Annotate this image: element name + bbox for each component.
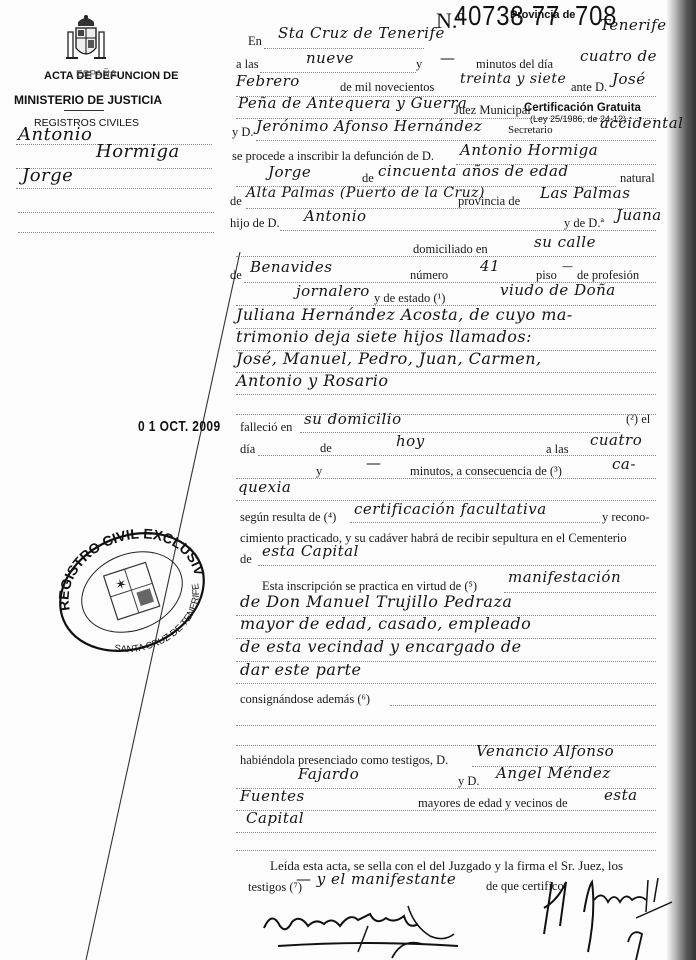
signature-right <box>536 872 676 960</box>
rule <box>236 832 656 833</box>
label-a-las: a las <box>236 57 259 72</box>
rule <box>258 455 656 456</box>
rule <box>350 522 600 523</box>
value-natural: Alta Palmas (Puerto de la Cruz) <box>246 185 485 201</box>
rule <box>236 683 656 684</box>
label-madre: y de D.ª <box>564 216 604 231</box>
estado-line: trimonio deja siete hijos llamados: <box>236 327 532 346</box>
value-hora: nueve <box>306 49 354 67</box>
value-testigo1-2: Fajardo <box>298 765 359 783</box>
provincia-overprint: Provincia de <box>510 9 575 21</box>
label-y: y <box>416 57 422 72</box>
value-fallecio: su domicilio <box>304 410 402 428</box>
label-ante: ante D. <box>571 80 607 95</box>
estado-line: José, Manuel, Pedro, Juan, Carmen, <box>236 349 542 368</box>
value-secretario: Jerónimo Afonso Hernández <box>256 117 482 135</box>
ministry-name: MINISTERIO DE JUSTICIA <box>14 93 162 107</box>
virtud-line: de Don Manuel Trujillo Pedraza <box>240 592 512 611</box>
signature-left <box>258 896 478 960</box>
label-consignandose: consignándose además (⁶) <box>240 692 370 707</box>
label-testigos-2: testigos (⁷) <box>248 880 302 895</box>
value-en: Sta Cruz de Tenerife <box>278 24 445 42</box>
value-domicilio: su calle <box>534 233 596 251</box>
value-juez-1: José <box>612 70 646 88</box>
certification-stamp: Certificación Gratuita <box>524 102 641 114</box>
value-anio: treinta y siete <box>460 71 566 87</box>
value-difunto-1: Antonio Hormiga <box>460 141 598 159</box>
value-causa-1: ca- <box>612 455 636 473</box>
margin-name-1: Antonio <box>18 124 92 145</box>
value-vecinos-2: Capital <box>246 809 304 827</box>
virtud-line: de esta vecindad y encargado de <box>240 637 522 656</box>
label-en: En <box>248 34 262 49</box>
value-mes: Febrero <box>236 72 300 90</box>
margin-name-2: Hormiga <box>96 141 180 162</box>
value-profesion: jornalero <box>296 282 370 300</box>
margin-name-3: Jorge <box>22 165 73 186</box>
overlay-text: ESPAÑA <box>76 69 117 80</box>
label-segun: según resulta de (⁴) <box>240 510 336 525</box>
value-padre: Antonio <box>304 207 367 225</box>
estado-line: Antonio y Rosario <box>236 371 389 390</box>
svg-text:SANTA CRUZ DE TENERIFE: SANTA CRUZ DE TENERIFE <box>114 583 202 656</box>
rule <box>300 432 620 433</box>
value-provincia: Tenerife <box>600 16 667 34</box>
value-testigo2-2: Fuentes <box>240 787 305 805</box>
registro-civil-seal: ✶ REGISTRO CIVIL EXCLUSIVO SANTA CRUZ DE… <box>52 528 212 656</box>
label-y-d: y D. <box>232 125 254 140</box>
margin-rule <box>18 212 214 213</box>
rule <box>236 414 656 415</box>
label-provincia: provincia de <box>458 194 520 209</box>
value-hora-muerte: cuatro <box>590 431 642 449</box>
rule <box>236 256 656 257</box>
margin-rule <box>16 188 212 189</box>
virtud-line: dar este parte <box>240 660 362 679</box>
label-testigo-y: y D. <box>458 774 480 789</box>
value-testigo1-1: Venancio Alfonso <box>476 742 614 760</box>
label-dia: día <box>240 442 255 457</box>
label-y-2: y <box>316 464 322 479</box>
label-natural-de: de <box>230 194 242 209</box>
value-virtud: manifestación <box>508 568 621 586</box>
rule <box>236 725 656 726</box>
value-numero: 41 <box>480 257 500 275</box>
value-testigos-2: — y el manifestante <box>296 870 456 888</box>
spain-coat-of-arms-icon <box>64 14 108 66</box>
value-juez-2: Peña de Antequera y Guerra <box>238 94 467 112</box>
rule <box>258 565 656 566</box>
label-calle-de: de <box>230 268 242 283</box>
value-estado: viudo de Doña <box>500 281 616 299</box>
virtud-line: mayor de edad, casado, empleado <box>240 614 531 633</box>
rule <box>236 394 656 395</box>
label-anio: de mil novecientos <box>340 80 434 95</box>
signature-fragment <box>384 932 444 960</box>
value-cementerio: esta Capital <box>262 542 359 560</box>
label-de-2: de <box>320 441 332 456</box>
value-secretario-suffix: accidental <box>600 114 683 132</box>
ministry-divider <box>64 110 104 111</box>
label-domicilio: domiciliado en <box>413 242 488 257</box>
label-mayores: mayores de edad y vecinos de <box>418 796 568 811</box>
rule <box>504 592 656 593</box>
value-piso: — <box>562 260 574 273</box>
value-calle: Benavides <box>250 258 332 276</box>
label-minutos-dia: minutos del día <box>476 57 553 72</box>
margin-rule <box>18 232 214 233</box>
value-madre: Juana <box>616 206 662 224</box>
label-fallecio: falleció en <box>240 420 292 435</box>
rule <box>280 230 656 231</box>
label-hijo: hijo de D. <box>230 216 280 231</box>
label-consecuencia: minutos, a consecuencia de (³) <box>410 464 562 479</box>
value-difunto-2: Jorge <box>268 163 311 181</box>
value-testigo2-1: Angel Méndez <box>496 764 611 782</box>
note-2: (²) el <box>626 412 650 427</box>
label-numero: número <box>410 268 448 283</box>
value-provincia-natal: Las Palmas <box>540 184 630 202</box>
rule <box>236 478 656 479</box>
label-secretario: Secretario <box>508 124 553 136</box>
label-recono: y recono- <box>602 510 650 525</box>
value-segun: certificación facultativa <box>354 500 547 518</box>
value-dia: cuatro de <box>580 47 657 65</box>
label-juez: Juez Municipal <box>454 103 531 118</box>
value-minutos-2: — <box>366 454 382 472</box>
value-vecinos-1: esta <box>604 786 638 804</box>
value-edad: cincuenta años de edad <box>378 162 569 180</box>
page-shadow-edge <box>666 0 696 960</box>
label-estado: y de estado (¹) <box>374 291 445 306</box>
value-causa-2: quexia <box>238 478 291 496</box>
svg-text:REGISTRO CIVIL EXCLUSIVO: REGISTRO CIVIL EXCLUSIVO <box>52 528 208 612</box>
value-mes-muerte: hoy <box>396 432 425 450</box>
rule <box>236 850 656 851</box>
estado-line: Juliana Hernández Acosta, de cuyo ma- <box>236 305 573 324</box>
label-de: de <box>362 171 374 186</box>
value-minutos: — <box>440 49 456 67</box>
rule <box>390 705 656 706</box>
label-cementerio-de: de <box>240 552 252 567</box>
date-stamp: 0 1 OCT. 2009 <box>138 418 221 435</box>
